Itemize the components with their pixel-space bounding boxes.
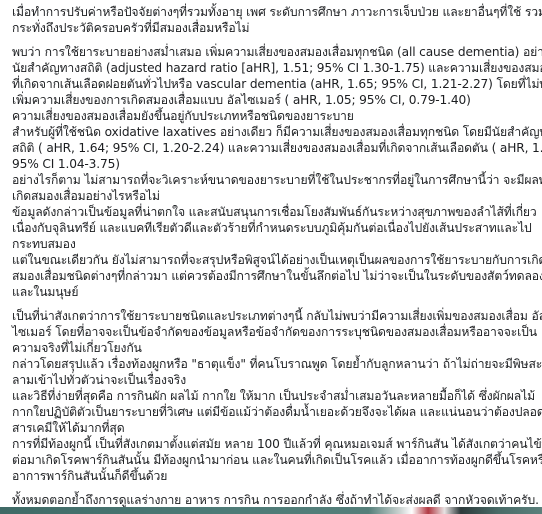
- text-line: เนื่องกับจุลินทรีย์ และแบคทีเรียตัวดีและ…: [12, 220, 524, 236]
- paragraph-findings: พบว่า การใช้ยาระบายอย่างสม่ำเสมอ เพิ่มคว…: [12, 44, 524, 300]
- text-line: สมองเสื่อมชนิดต่างๆที่กล่าวมา แต่ควรต้อง…: [12, 268, 524, 284]
- text-line: เป็นที่น่าสังเกตว่าการใช้ยาระบายชนิดและป…: [12, 308, 524, 324]
- text-line: กระทบสมอง: [12, 236, 524, 252]
- text-line: 95% CI 1.04-3.75): [12, 156, 524, 172]
- text-line: เกิดสมองเสื่อมอย่างไรหรือไม่: [12, 188, 524, 204]
- text-line: และวิธีที่ง่ายที่สุดคือ การกินผัก ผลไม้ …: [12, 388, 524, 404]
- text-line: ลามเข้าไปทั่วตัวน่าจะเป็นเรื่องจริง: [12, 372, 524, 388]
- text-line: อย่างไรก็ตาม ไม่สามารถที่จะวิเคราะห์ขนาด…: [12, 172, 524, 188]
- text-line: ทั้งหมดตอกย้ำถึงการดูแลร่างกาย อาหาร การ…: [12, 492, 524, 508]
- text-line: นัยสำคัญทางสถิติ (adjusted hazard ratio …: [12, 60, 524, 76]
- text-line: ข้อมูลดังกล่าวเป็นข้อมูลที่น่าตกใจ และสน…: [12, 204, 524, 220]
- text-line: สถิติ ( aHR, 1.64; 95% CI, 1.20-2.24) แล…: [12, 140, 524, 156]
- text-line: และในมนุษย์: [12, 284, 524, 300]
- text-line: กระทั่งถึงประวัติครอบครัวที่มีสมองเสื่อม…: [12, 20, 524, 36]
- text-line: ความจริงที่ไม่เกี่ยวโยงกัน: [12, 340, 524, 356]
- paragraph-closing: ทั้งหมดตอกย้ำถึงการดูแลร่างกาย อาหาร การ…: [12, 492, 524, 508]
- text-line: อาการพาร์กินสันนั้นก็ดีขึ้นด้วย: [12, 468, 524, 484]
- text-line: ที่เกิดจากเส้นเลือดฝอยตันทั่วไปหรือ vasc…: [12, 76, 524, 92]
- text-line: ไซเมอร์ โดยที่อาจจะเป็นข้อจำกัดของข้อมูล…: [12, 324, 524, 340]
- text-line: ความเสี่ยงของสมองเสื่อมยังขึ้นอยู่กับประ…: [12, 108, 524, 124]
- paragraph-intro: เมื่อทำการปรับค่าหรือปัจจัยต่างๆที่รวมทั…: [12, 4, 524, 36]
- text-line: สารเคมีให้ได้มากที่สุด: [12, 420, 524, 436]
- text-line: เพิ่มความเสี่ยงของการเกิดสมองเสื่อมแบบ อ…: [12, 92, 524, 108]
- text-line: สำหรับผู้ที่ใช้ชนิด oxidative laxatives …: [12, 124, 524, 140]
- paragraph-conclusion: เป็นที่น่าสังเกตว่าการใช้ยาระบายชนิดและป…: [12, 308, 524, 484]
- text-line: กล่าวโดยสรุปแล้ว เรื่องท้องผูกหรือ "ธาตุ…: [12, 356, 524, 372]
- post-photo[interactable]: [0, 507, 542, 514]
- text-line: ต่อมาเกิดโรคพาร์กินสันนั้น มีท้องผูกนำมา…: [12, 452, 524, 468]
- text-line: เมื่อทำการปรับค่าหรือปัจจัยต่างๆที่รวมทั…: [12, 4, 524, 20]
- text-line: กากใยปฏิบัติตัวเป็นยาระบายที่วิเศษ แต่มี…: [12, 404, 524, 420]
- post-body: เมื่อทำการปรับค่าหรือปัจจัยต่างๆที่รวมทั…: [12, 4, 524, 514]
- text-line: แต่ในขณะเดียวกัน ยังไม่สามารถที่จะสรุปหร…: [12, 252, 524, 268]
- text-line: พบว่า การใช้ยาระบายอย่างสม่ำเสมอ เพิ่มคว…: [12, 44, 524, 60]
- text-line: การที่มีท้องผูกนี้ เป็นที่สังเกตมาตั้งแต…: [12, 436, 524, 452]
